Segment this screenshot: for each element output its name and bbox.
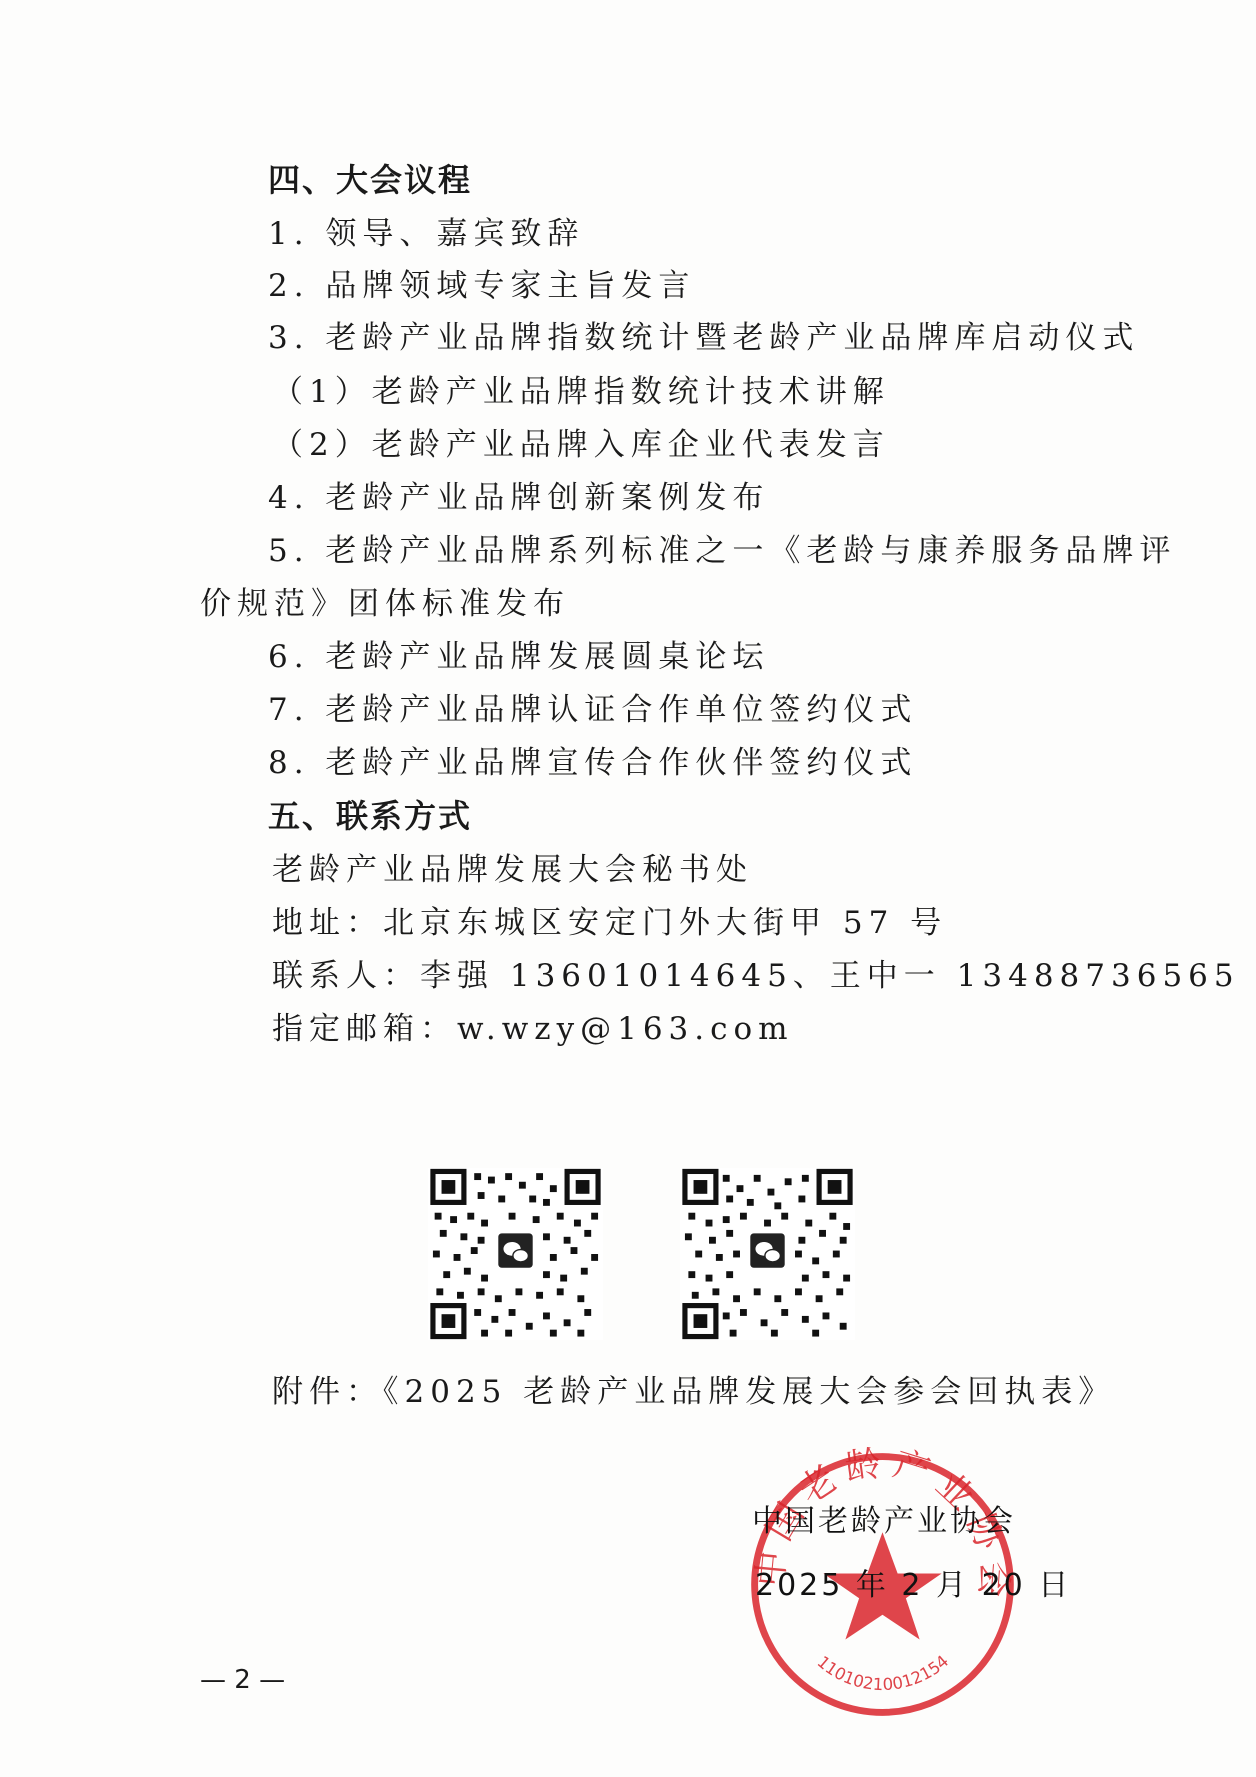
contact-office: 老龄产业品牌发展大会秘书处 <box>272 850 753 890</box>
agenda-item: 6. 老龄产业品牌发展圆桌论坛 <box>268 637 769 677</box>
qr-code-1[interactable] <box>428 1168 603 1340</box>
contact-phones: 联系人：李强 13601014645、王中一 13488736565 <box>272 956 1240 996</box>
agenda-item-continuation: 价规范》团体标准发布 <box>200 584 570 624</box>
agenda-item: 7. 老龄产业品牌认证合作单位签约仪式 <box>268 690 917 730</box>
section-heading-contact: 五、联系方式 <box>268 796 472 836</box>
section-heading-agenda: 四、大会议程 <box>268 160 472 200</box>
qr-code-2[interactable] <box>680 1168 855 1340</box>
agenda-item: 3. 老龄产业品牌指数统计暨老龄产业品牌库启动仪式 <box>268 318 1139 358</box>
agenda-item: 5. 老龄产业品牌系列标准之一《老龄与康养服务品牌评 <box>268 531 1176 571</box>
agenda-subitem: （2）老龄产业品牌入库企业代表发言 <box>272 425 890 465</box>
qr-code-icon <box>428 1168 603 1340</box>
agenda-subitem: （1）老龄产业品牌指数统计技术讲解 <box>272 372 890 412</box>
contact-address: 地址：北京东城区安定门外大街甲 57 号 <box>272 903 947 943</box>
attachment-note: 附件：《2025 老龄产业品牌发展大会参会回执表》 <box>272 1372 1115 1412</box>
contact-email: 指定邮箱：w.wzy@163.com <box>272 1009 794 1049</box>
page-number: — 2 — <box>200 1665 285 1695</box>
qr-code-icon <box>680 1168 855 1340</box>
svg-text:11010210012154: 11010210012154 <box>814 1652 953 1695</box>
agenda-item: 4. 老龄产业品牌创新案例发布 <box>268 478 769 518</box>
agenda-item: 8. 老龄产业品牌宣传合作伙伴签约仪式 <box>268 743 917 783</box>
signature-organization: 中国老龄产业协会 <box>752 1496 1016 1540</box>
signature-date: 2025 年 2 月 20 日 <box>755 1560 1071 1604</box>
agenda-item: 2. 品牌领域专家主旨发言 <box>268 266 695 306</box>
agenda-item: 1. 领导、嘉宾致辞 <box>268 214 584 254</box>
